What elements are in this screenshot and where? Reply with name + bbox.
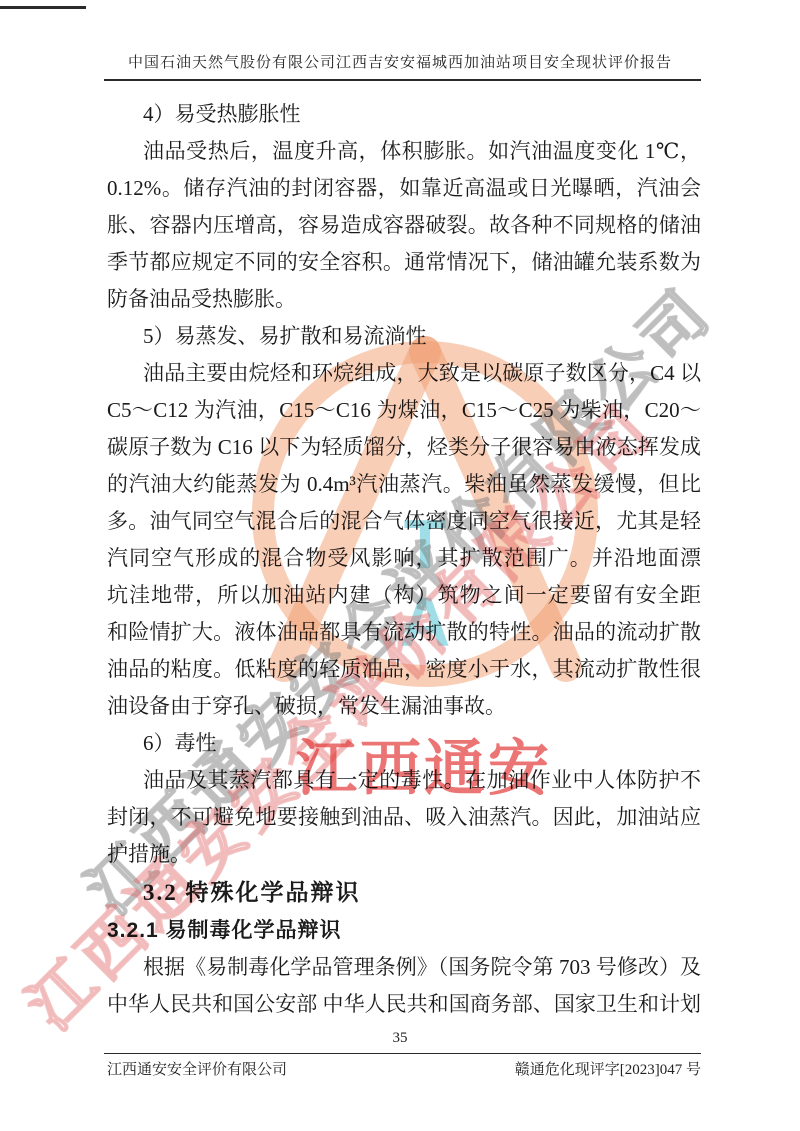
scan-artifact-line <box>0 6 86 9</box>
text-line-content: 3.2 特殊化学品辩识 <box>143 880 361 905</box>
text-line-content: 季节都应规定不同的安全容积。通常情况下，储油罐允装系数为 0.92～0.95， <box>107 250 701 281</box>
text-line: 油品主要由烷烃和环烷组成，大致是以碳原子数区分，C4 以下为气体， <box>107 355 701 392</box>
text-line-content: 坑洼地带，所以加油站内建（构）筑物之间一定要留有安全距离，以防火灾 <box>107 583 701 614</box>
text-line: 根据《易制毒化学品管理条例》（国务院令第 703 号修改）及附表规定、 <box>107 949 701 986</box>
text-line-content: 根据《易制毒化学品管理条例》（国务院令第 703 号修改）及附表规定、 <box>107 955 701 986</box>
document-body: 4）易受热膨胀性 油品受热后，温度升高，体积膨胀。如汽油温度变化 1℃，其体积变… <box>107 96 701 1023</box>
text-line: 油品受热后，温度升高，体积膨胀。如汽油温度变化 1℃，其体积变化 <box>107 133 701 170</box>
text-line-content: 5）易蒸发、易扩散和易流淌性 <box>143 324 427 348</box>
text-line: 和险情扩大。液体油品都具有流动扩散的特性。油品的流动扩散能力取决于 <box>107 614 701 651</box>
text-line-content: 油品及其蒸汽都具有一定的毒性。在加油作业中人体防护不可能达到全 <box>107 768 701 799</box>
text-line-content: 油品受热后，温度升高，体积膨胀。如汽油温度变化 1℃，其体积变化 <box>107 139 701 170</box>
text-line: 油品及其蒸汽都具有一定的毒性。在加油作业中人体防护不可能达到全 <box>107 762 701 799</box>
header-divider <box>104 79 701 81</box>
document-page: 中国石油天然气股份有限公司江西吉安安福城西加油站项目安全现状评价报告 4）易受热… <box>0 0 800 1131</box>
text-line: 0.12%。储存汽油的封闭容器，如靠近高温或日光曝晒，汽油会产生受热膨 <box>107 170 701 207</box>
text-line: 封闭，不可避免地要接触到油品、吸入油蒸汽。因此，加油站应加强防毒保 <box>107 799 701 836</box>
footer-doc-number: 赣通危化现评字[2023]047 号 <box>515 1058 701 1079</box>
text-line: 多。油气同空气混合后的混合气体密度同空气很接近，尤其是轻质油品的蒸 <box>107 503 701 540</box>
text-line: 季节都应规定不同的安全容积。通常情况下，储油罐允装系数为 0.92～0.95， <box>107 244 701 281</box>
text-line: C5～C12 为汽油，C15～C16 为煤油，C15～C25 为柴油，C20～C… <box>107 392 701 429</box>
text-line: 防备油品受热膨胀。 <box>107 281 701 318</box>
text-line-content: 护措施。 <box>107 842 191 866</box>
text-line-content: 胀、容器内压增高，容易造成容器破裂。故各种不同规格的储油容器，不同 <box>107 213 701 244</box>
text-line-content: 防备油品受热膨胀。 <box>107 287 296 311</box>
text-line-content: 和险情扩大。液体油品都具有流动扩散的特性。油品的流动扩散能力取决于 <box>107 620 701 651</box>
text-line: 汽同空气形成的混合物受风影响，其扩散范围广。并沿地面漂移，易积聚在 <box>107 540 701 577</box>
text-line-content: 4）易受热膨胀性 <box>143 102 301 126</box>
text-line: 护措施。 <box>107 836 701 873</box>
text-line-content: 油品主要由烷烃和环烷组成，大致是以碳原子数区分，C4 以下为气体， <box>107 361 701 392</box>
text-line: 中华人民共和国公安部 中华人民共和国商务部、国家卫生和计划生育委员 <box>107 986 701 1023</box>
text-line: 5）易蒸发、易扩散和易流淌性 <box>107 318 701 355</box>
text-line-content: 中华人民共和国公安部 中华人民共和国商务部、国家卫生和计划生育委员 <box>107 992 701 1023</box>
text-line: 的汽油大约能蒸发为 0.4m³汽油蒸汽。柴油虽然蒸发缓慢，但比水蒸发快得 <box>107 466 701 503</box>
text-line-content: 0.12%。储存汽油的封闭容器，如靠近高温或日光曝晒，汽油会产生受热膨 <box>107 176 701 207</box>
footer: 江西通安安全评价有限公司 赣通危化现评字[2023]047 号 <box>107 1058 701 1079</box>
text-line: 3.2.1 易制毒化学品辩识 <box>107 911 701 949</box>
text-line: 3.2 特殊化学品辩识 <box>107 873 701 911</box>
text-line: 油设备由于穿孔、破损，常发生漏油事故。 <box>107 688 701 725</box>
text-line-content: 多。油气同空气混合后的混合气体密度同空气很接近，尤其是轻质油品的蒸 <box>107 509 701 540</box>
text-line-content: 碳原子数为 C16 以下为轻质馏分，烃类分子很容易由液态挥发成气态。1kg <box>107 435 701 466</box>
text-line-content: 6）毒性 <box>143 731 217 755</box>
text-line-content: C5～C12 为汽油，C15～C16 为煤油，C15～C25 为柴油，C20～C… <box>107 398 701 429</box>
text-line-content: 的汽油大约能蒸发为 0.4m³汽油蒸汽。柴油虽然蒸发缓慢，但比水蒸发快得 <box>107 472 701 503</box>
page-number: 35 <box>0 1030 800 1047</box>
text-line: 坑洼地带，所以加油站内建（构）筑物之间一定要留有安全距离，以防火灾 <box>107 577 701 614</box>
text-line: 油品的粘度。低粘度的轻质油品，密度小于水，其流动扩散性很强。因此储 <box>107 651 701 688</box>
text-line: 6）毒性 <box>107 725 701 762</box>
text-line: 4）易受热膨胀性 <box>107 96 701 133</box>
text-line-content: 汽同空气形成的混合物受风影响，其扩散范围广。并沿地面漂移，易积聚在 <box>107 546 701 577</box>
footer-divider <box>104 1053 701 1054</box>
footer-company: 江西通安安全评价有限公司 <box>107 1058 287 1079</box>
text-line-content: 油设备由于穿孔、破损，常发生漏油事故。 <box>107 694 506 718</box>
text-line-content: 油品的粘度。低粘度的轻质油品，密度小于水，其流动扩散性很强。因此储 <box>107 657 701 688</box>
text-line: 碳原子数为 C16 以下为轻质馏分，烃类分子很容易由液态挥发成气态。1kg <box>107 429 701 466</box>
page-header-title: 中国石油天然气股份有限公司江西吉安安福城西加油站项目安全现状评价报告 <box>0 51 800 72</box>
text-line-content: 3.2.1 易制毒化学品辩识 <box>107 919 342 942</box>
text-line: 胀、容器内压增高，容易造成容器破裂。故各种不同规格的储油容器，不同 <box>107 207 701 244</box>
text-line-content: 封闭，不可避免地要接触到油品、吸入油蒸汽。因此，加油站应加强防毒保 <box>107 805 701 836</box>
